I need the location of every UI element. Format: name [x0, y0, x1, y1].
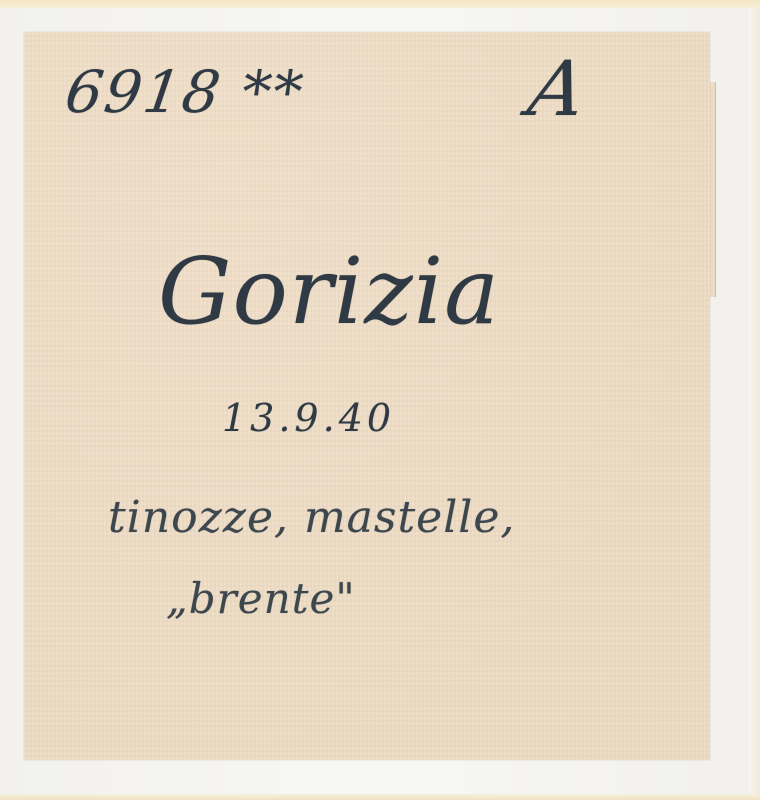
- date: 13.9.40: [222, 396, 395, 440]
- bottom-edge-strip: [0, 794, 760, 800]
- description-line-2: „brente": [166, 574, 356, 623]
- top-edge-strip: [0, 0, 760, 8]
- mounting-board-right-edge: [748, 8, 760, 794]
- catalog-number: 6918 **: [61, 58, 309, 126]
- description-line-1: tinozze, mastelle,: [108, 492, 515, 543]
- place-name: Gorizia: [158, 238, 500, 345]
